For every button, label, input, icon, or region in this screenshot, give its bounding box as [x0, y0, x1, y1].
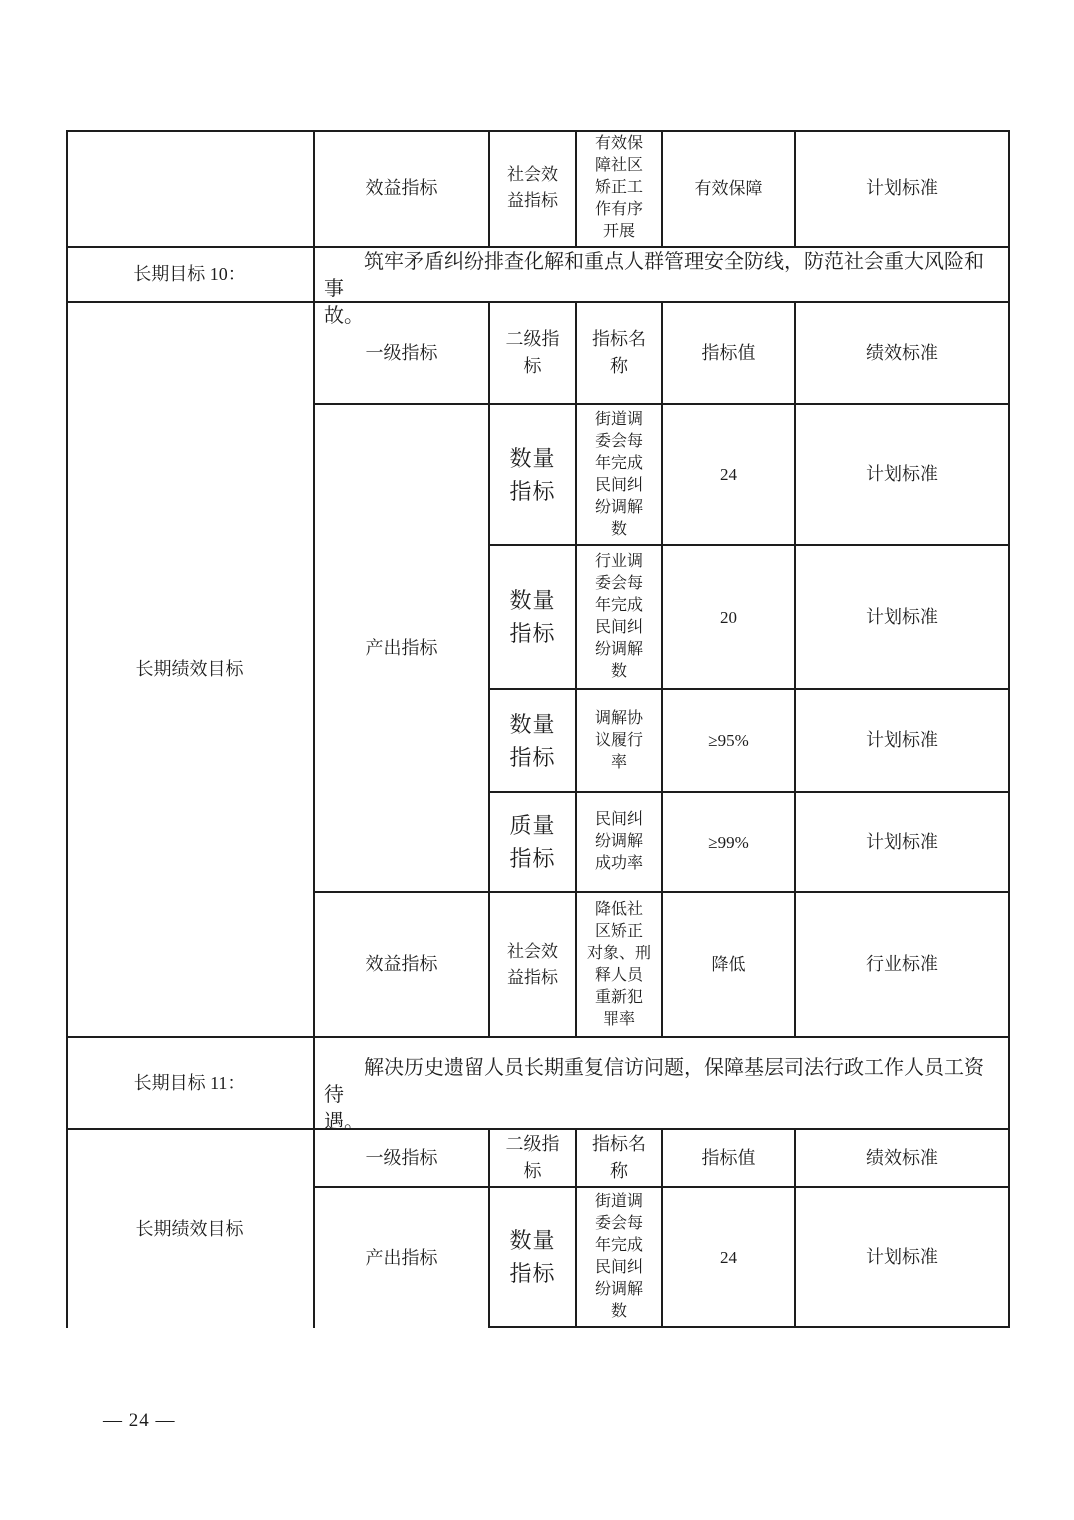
continuation-empty-cell [66, 130, 315, 248]
benefit-indicator-level1-cell: 效益指标 [315, 130, 490, 248]
section10-benefit-name: 降低社 区矫正 对象、刑 释人员 重新犯 罪率 [577, 893, 663, 1038]
section11-row1-standard: 计划标准 [796, 1188, 1010, 1328]
section10-row3-level2: 数量 指标 [490, 690, 577, 793]
section10-header-level2: 二级指 标 [490, 303, 577, 405]
section10-row2-standard: 计划标准 [796, 546, 1010, 690]
section10-row4-standard: 计划标准 [796, 793, 1010, 893]
section11-row1-level2: 数量 指标 [490, 1188, 577, 1328]
section10-row4-value: ≥99% [663, 793, 796, 893]
goal10-label-cell: 长期目标 10： [66, 248, 315, 303]
section10-row3-standard: 计划标准 [796, 690, 1010, 793]
goal10-description-cell: 筑牢矛盾纠纷排查化解和重点人群管理安全防线，防范社会重大风险和事 故。 [315, 248, 1010, 303]
section11-output-label-cell: 产出指标 [315, 1188, 490, 1328]
section10-row2-name: 行业调 委会每 年完成 民间纠 纷调解 数 [577, 546, 663, 690]
section10-side-label-cell: 长期绩效目标 [66, 303, 315, 1038]
section10-benefit-level2: 社会效 益指标 [490, 893, 577, 1038]
page-number: — 24 — [103, 1410, 176, 1432]
section10-row2-level2: 数量 指标 [490, 546, 577, 690]
goal11-description-cell: 解决历史遗留人员长期重复信访问题，保障基层司法行政工作人员工资待 遇。 [315, 1038, 1010, 1130]
section11-side-label-cell: 长期绩效目标 [66, 1130, 315, 1328]
section10-row4-level2: 质量 指标 [490, 793, 577, 893]
section11-header-value: 指标值 [663, 1130, 796, 1188]
section11-header-level2: 二级指 标 [490, 1130, 577, 1188]
document-page: 效益指标 社会效 益指标 有效保 障社区 矫正工 作有序 开展 有效保障 计划标… [0, 0, 1074, 1520]
benefit-indicator-name-cell: 有效保 障社区 矫正工 作有序 开展 [577, 130, 663, 248]
section11-row1-name: 街道调 委会每 年完成 民间纠 纷调解 数 [577, 1188, 663, 1328]
section10-row3-value: ≥95% [663, 690, 796, 793]
section10-header-value: 指标值 [663, 303, 796, 405]
section10-row3-name: 调解协 议履行 率 [577, 690, 663, 793]
goal11-label-cell: 长期目标 11： [66, 1038, 315, 1130]
benefit-indicator-level2-cell: 社会效 益指标 [490, 130, 577, 248]
section10-header-name: 指标名 称 [577, 303, 663, 405]
section10-row1-level2: 数量 指标 [490, 405, 577, 546]
section11-row1-value: 24 [663, 1188, 796, 1328]
benefit-indicator-value-cell: 有效保障 [663, 130, 796, 248]
section10-benefit-standard: 行业标准 [796, 893, 1010, 1038]
section11-header-name: 指标名 称 [577, 1130, 663, 1188]
section10-output-label-cell: 产出指标 [315, 405, 490, 893]
section10-benefit-level1: 效益指标 [315, 893, 490, 1038]
section10-row1-value: 24 [663, 405, 796, 546]
section10-row2-value: 20 [663, 546, 796, 690]
section10-row1-name: 街道调 委会每 年完成 民间纠 纷调解 数 [577, 405, 663, 546]
benefit-indicator-standard-cell: 计划标准 [796, 130, 1010, 248]
section10-benefit-value: 降低 [663, 893, 796, 1038]
section11-header-standard: 绩效标准 [796, 1130, 1010, 1188]
section10-header-level1: 一级指标 [315, 303, 490, 405]
section11-header-level1: 一级指标 [315, 1130, 490, 1188]
section10-row1-standard: 计划标准 [796, 405, 1010, 546]
section10-header-standard: 绩效标准 [796, 303, 1010, 405]
section10-row4-name: 民间纠 纷调解 成功率 [577, 793, 663, 893]
